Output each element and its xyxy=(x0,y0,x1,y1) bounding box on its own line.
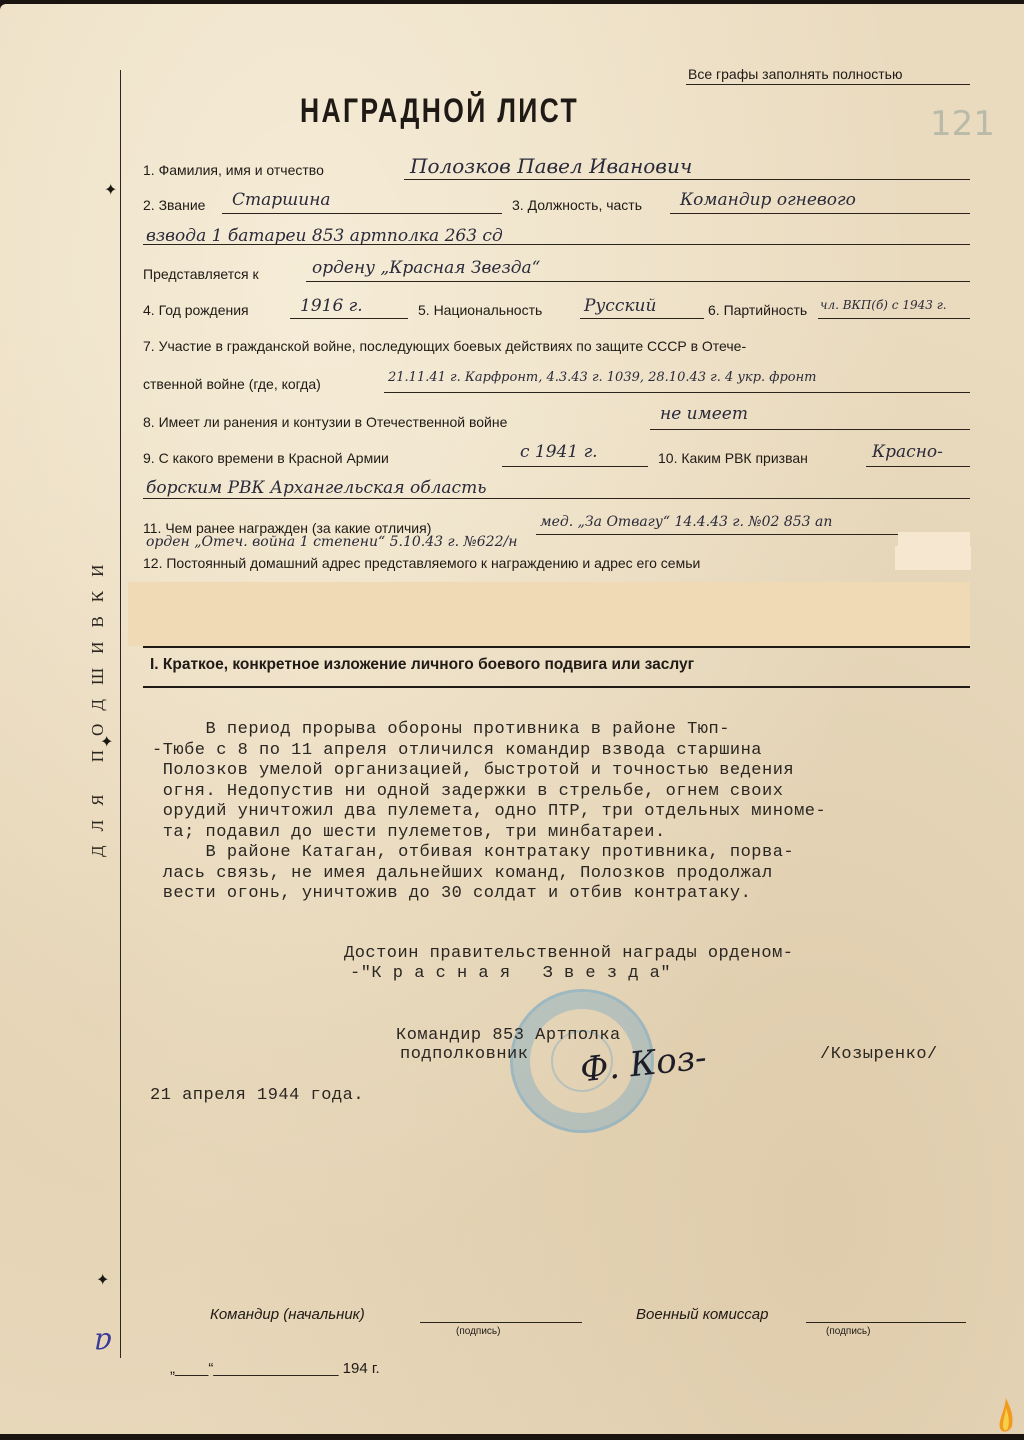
section-divider xyxy=(143,686,970,688)
fill-all-fields-note: Все графы заполнять полностью xyxy=(688,66,902,82)
commander-label: Командир (начальник) xyxy=(210,1306,365,1323)
commissar-sub: (подпись) xyxy=(826,1326,870,1337)
divider xyxy=(306,281,970,282)
field-5-label: 5. Национальность xyxy=(418,302,542,318)
blank-date: „____“_______________ 194 г. xyxy=(170,1360,380,1377)
ink-mark: ɐ xyxy=(94,1322,112,1357)
binding-label: ДЛЯ ПОДШИВКИ xyxy=(88,524,110,884)
field-3-value: Командир огневого xyxy=(680,190,856,210)
field-2-value: Старшина xyxy=(232,190,331,210)
field-4-value: 1916 г. xyxy=(300,296,363,316)
narrative-line: вести огонь, уничтожив до 30 солдат и от… xyxy=(152,884,826,905)
commander-sub: (подпись) xyxy=(456,1326,500,1337)
award-sheet-paper: ДЛЯ ПОДШИВКИ ✦ ✦ ✦ Все графы заполнять п… xyxy=(0,4,1024,1434)
narrative-line: В районе Катаган, отбивая контратаку про… xyxy=(152,843,826,864)
divider xyxy=(650,429,970,430)
field-2-label: 2. Звание xyxy=(143,197,205,213)
narrative-line: лась связь, не имея дальнейших команд, П… xyxy=(152,864,826,885)
field-11-value-continued: орден „Отеч. война 1 степени“ 5.10.43 г.… xyxy=(146,534,517,550)
narrative-line: В период прорыва обороны противника в ра… xyxy=(152,720,826,741)
field-9-value: с 1941 г. xyxy=(520,442,598,462)
divider xyxy=(686,84,970,85)
conclusion-award: -"К р а с н а я З в е з д а" xyxy=(350,964,671,983)
divider xyxy=(290,318,408,319)
divider xyxy=(143,498,970,499)
field-3-label: 3. Должность, часть xyxy=(512,197,642,213)
field-7-value: 21.11.41 г. Карфронт, 4.3.43 г. 1039, 28… xyxy=(388,370,817,385)
redaction xyxy=(895,546,971,570)
signer-position: Командир 853 Артполка xyxy=(396,1026,621,1045)
narrative-line: орудий уничтожил два пулемета, одно ПТР,… xyxy=(152,802,826,823)
narrative-line: огня. Недопустив ни одной задержки в стр… xyxy=(152,782,826,803)
divider xyxy=(818,318,970,319)
signature-line xyxy=(420,1322,582,1323)
page-title: НАГРАДНОЙ ЛИСТ xyxy=(300,92,579,131)
field-4-label: 4. Год рождения xyxy=(143,302,249,318)
field-5-value: Русский xyxy=(584,296,656,316)
field-8-value: не имеет xyxy=(660,404,748,424)
signer-rank: подполковник xyxy=(400,1045,528,1064)
divider xyxy=(222,213,502,214)
divider xyxy=(143,244,970,245)
binding-margin-line xyxy=(120,70,121,1358)
redaction xyxy=(128,582,970,646)
divider xyxy=(580,318,704,319)
award-value: ордену „Красная Звезда“ xyxy=(312,258,540,278)
field-8-label: 8. Имеет ли ранения и контузии в Отечест… xyxy=(143,414,507,430)
narrative-text: В период прорыва обороны противника в ра… xyxy=(152,720,826,905)
divider xyxy=(866,466,970,467)
commissar-label: Военный комиссар xyxy=(636,1306,768,1323)
field-10-value-continued: борским РВК Архангельская область xyxy=(146,478,486,498)
narrative-line: -Тюбе с 8 по 11 апреля отличился команди… xyxy=(152,741,826,762)
field-10-value: Красно- xyxy=(872,442,943,462)
punch-hole-icon: ✦ xyxy=(104,184,118,198)
field-12-label: 12. Постоянный домашний адрес представля… xyxy=(143,555,700,571)
field-7-label: 7. Участие в гражданской войне, последую… xyxy=(143,338,746,354)
field-1-label: 1. Фамилия, имя и отчество xyxy=(143,162,324,178)
divider xyxy=(502,466,648,467)
field-9-label: 9. С какого времени в Красной Армии xyxy=(143,450,389,466)
narrative-line: та; подавил до шести пулеметов, три минб… xyxy=(152,823,826,844)
divider xyxy=(384,392,970,393)
award-label: Представляется к xyxy=(143,266,259,282)
conclusion-line: Достоин правительственной награды ордено… xyxy=(344,944,793,963)
field-6-value: чл. ВКП(б) с 1943 г. xyxy=(820,298,947,312)
divider xyxy=(404,179,970,180)
archive-number: 121 xyxy=(930,104,995,144)
field-10-label: 10. Каким РВК призван xyxy=(658,450,808,466)
section-divider xyxy=(143,646,970,648)
field-11-value: мед. „За Отвагу“ 14.4.43 г. №02 853 ап xyxy=(540,514,832,530)
signature-line xyxy=(806,1322,966,1323)
field-3-value-continued: взвода 1 батареи 853 артполка 263 сд xyxy=(146,226,503,246)
signer-name: /Козыренко/ xyxy=(820,1045,938,1064)
punch-hole-icon: ✦ xyxy=(96,1274,110,1288)
punch-hole-icon: ✦ xyxy=(100,736,114,750)
field-7-label-continued: ственной войне (где, когда) xyxy=(143,376,321,392)
divider xyxy=(670,213,970,214)
flame-logo-icon xyxy=(992,1396,1020,1436)
field-1-value: Полозков Павел Иванович xyxy=(410,154,692,178)
section-heading: I. Краткое, конкретное изложение личного… xyxy=(150,656,694,674)
narrative-line: Полозков умелой организацией, быстротой … xyxy=(152,761,826,782)
field-6-label: 6. Партийность xyxy=(708,302,807,318)
document-date: 21 апреля 1944 года. xyxy=(150,1086,364,1105)
